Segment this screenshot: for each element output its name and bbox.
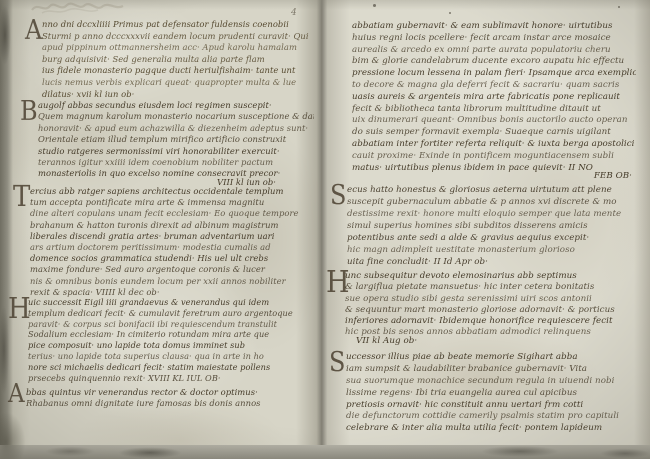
text-line: liberales discendi gratia artes· bruman … bbox=[30, 231, 314, 242]
text-line: uccessor illius piae ab beate memorie Si… bbox=[346, 352, 638, 364]
obit-dateline: FEB OB· bbox=[352, 171, 632, 182]
text-line: Orientale etiam illud templum mirifico a… bbox=[38, 134, 314, 145]
paragraph-lines: ercius abb ratger sapiens architectus oc… bbox=[30, 186, 314, 298]
text-line: unc subsequitur devoto elemosinarius abb… bbox=[345, 271, 637, 282]
text-line: suscepit gubernaculum abbatie & p annos … bbox=[347, 196, 637, 208]
text-line: aurealis & arcedo ex omni parte aurata p… bbox=[352, 45, 636, 57]
text-line: ius fidele monasterio pagque ducti heriu… bbox=[42, 65, 314, 77]
text-line: dine alteri copulans unam fecit ecclesia… bbox=[30, 208, 314, 219]
text-line: sua suorumque monachice secundum regula … bbox=[346, 376, 638, 388]
text-line: Quem magnum karolum monasterio nocarium … bbox=[38, 111, 314, 122]
text-line: pice composuit· uno lapide tota domus im… bbox=[28, 340, 314, 351]
text-line: nore sci michaelis dedicari fecit· stati… bbox=[28, 362, 314, 373]
text-line: iam sumpsit & laudabiliter brabanice gub… bbox=[346, 364, 638, 376]
paragraph-abbot-4: uic successit Eigil iiii grandaevus & ve… bbox=[28, 297, 314, 383]
paragraph-abbot-7: unc subsequitur devoto elemosinarius abb… bbox=[345, 271, 637, 339]
paragraph-lines: uic successit Eigil iiii grandaevus & ve… bbox=[28, 297, 314, 383]
text-line: uix dinumerari queant· Omnibus bonis auc… bbox=[352, 115, 636, 127]
text-line: lucis nemus verbis explicari queat· quap… bbox=[42, 77, 314, 89]
text-line: ercius abb ratger sapiens architectus oc… bbox=[30, 186, 314, 197]
text-line: prsecebs quinquennio rexit· XVIII KL IUL… bbox=[28, 373, 314, 384]
text-line: & sequuntur mart monasterio gloriose ado… bbox=[345, 305, 637, 316]
paragraph-abbot-3: ercius abb ratger sapiens architectus oc… bbox=[30, 186, 314, 298]
faded-inscription bbox=[28, 0, 128, 16]
text-line: Rhabanus omni dignitate iure famosas bis… bbox=[26, 398, 314, 409]
text-line: templum dedicari fecit· & cumulavit fere… bbox=[28, 308, 314, 319]
text-line: hic magn adimpleit uestitate monasterium… bbox=[347, 244, 637, 256]
initial-capital-S: S bbox=[330, 182, 346, 209]
initial-capital-T: T bbox=[13, 182, 30, 211]
initial-capital-S2: S bbox=[329, 349, 345, 376]
obit-dateline: VII kl Aug ob· bbox=[356, 336, 417, 347]
text-line: pretiosis ornavit· hic constituit annu u… bbox=[346, 400, 638, 412]
paragraph-lines: augolf abbas secundus eiusdem loci regim… bbox=[38, 100, 314, 180]
bottom-page-edge bbox=[0, 445, 650, 459]
text-line: ars artium doctorem peritissimum· modest… bbox=[30, 242, 314, 253]
ink-speck bbox=[618, 6, 620, 8]
text-line: do suis semper formavit exempla· Suaeque… bbox=[352, 127, 636, 139]
text-line: tum accepta pontificate mira arte & imme… bbox=[30, 197, 314, 208]
paragraph-lines: uccessor illius piae ab beate memorie Si… bbox=[346, 352, 638, 435]
text-line: lissime regens· Ibi tria euangelia aurea… bbox=[346, 388, 638, 400]
paragraph-abbot-5: bbas quintus vir venerandus rector & doc… bbox=[26, 387, 314, 409]
ink-speck bbox=[449, 12, 451, 14]
paragraph-lines: abbatiam gubernavit· & eam sublimavit ho… bbox=[352, 21, 636, 174]
text-line: burg adquisivit· Sed generalia multa ali… bbox=[42, 54, 314, 66]
text-line: bim & glorie candelabrum ducente excoro … bbox=[352, 56, 636, 68]
manuscript-photo: 4 A nno dni dccxliiii Primus pat defensa… bbox=[0, 0, 650, 459]
text-line: studio ratgeres sermonissimi viri honora… bbox=[38, 146, 314, 157]
text-line: paravit· & corpus sci bonifacii ibi requ… bbox=[28, 319, 314, 330]
text-line: fecit & bibliotheca tanta librorum multi… bbox=[352, 104, 636, 116]
paragraph-abbot-5-continued: abbatiam gubernavit· & eam sublimavit ho… bbox=[352, 21, 636, 174]
text-line: uic successit Eigil iiii grandaevus & ve… bbox=[28, 297, 314, 308]
text-line: terius· uno lapide tota superius clausa·… bbox=[28, 351, 314, 362]
text-line: cauit proxime· Exinde in pontificem mogu… bbox=[352, 151, 636, 163]
text-line: bbas quintus vir venerandus rector & doc… bbox=[26, 387, 314, 398]
text-line: terannos igitur xxiiii idem coenobium no… bbox=[38, 157, 314, 168]
initial-capital-B: B bbox=[20, 98, 38, 125]
paragraph-abbot-2: augolf abbas secundus eiusdem loci regim… bbox=[38, 100, 314, 180]
text-line: nno dni dccxliiii Primus pat defensator … bbox=[42, 19, 314, 31]
initial-capital-A2: A bbox=[8, 382, 25, 408]
text-line: uasis aureis & argenteis mira arte fabri… bbox=[352, 92, 636, 104]
text-line: domence socios grammatica studendi· His … bbox=[30, 253, 314, 264]
initial-capital-A: A bbox=[25, 17, 42, 44]
text-line: abbatiam inter fortiter referta reliquit… bbox=[352, 139, 636, 151]
marginal-mark: 4 bbox=[291, 8, 297, 18]
text-line: augolf abbas secundus eiusdem loci regim… bbox=[38, 100, 314, 111]
text-line: uita fine concludit· II Id Apr ob· bbox=[347, 256, 637, 268]
text-line: Sodalium ecclesiam· In cimiterio rotunda… bbox=[28, 329, 314, 340]
bottom-left-shadow bbox=[0, 412, 30, 459]
paragraph-lines: nno dni dccxliiii Primus pat defensator … bbox=[42, 19, 314, 100]
ink-speck bbox=[373, 4, 376, 7]
text-line: Sturmi p anno dcccxxxvii eandem locum pr… bbox=[42, 31, 314, 43]
text-line: honoravit· & apud eum achazwilla & dieze… bbox=[38, 123, 314, 134]
text-line: sue opera studio sibi gesta serenissimi … bbox=[345, 294, 637, 305]
paragraph-lines: bbas quintus vir venerandus rector & doc… bbox=[26, 387, 314, 409]
text-line: die defunctorum cottidie camerily psalmi… bbox=[346, 411, 638, 423]
text-line: nis & omnibus bonis eundem locum per xxi… bbox=[30, 276, 314, 287]
text-line: inferiores adornavit· Ibidemque honorifi… bbox=[345, 316, 637, 327]
text-line: pressione locum lessena in palam fieri· … bbox=[352, 68, 636, 80]
paragraph-abbot-6: ecus hatto honestus & gloriosus aeterna … bbox=[347, 184, 637, 268]
paragraph-abbot-1: nno dni dccxliiii Primus pat defensator … bbox=[42, 19, 314, 100]
text-line: abbatiam gubernavit· & eam sublimavit ho… bbox=[352, 21, 636, 33]
text-line: huius regni locis pcellere· fecit arcam … bbox=[352, 33, 636, 45]
paragraph-lines: ecus hatto honestus & gloriosus aeterna … bbox=[347, 184, 637, 268]
text-line: dilatus· xvii kl iun ob· bbox=[42, 89, 314, 101]
text-line: brahanum & hatton turonis direxit ad alb… bbox=[30, 220, 314, 231]
text-line: destissime rexit· honore multi eloquio s… bbox=[347, 208, 637, 220]
text-line: simul superius homines sibi subditos dis… bbox=[347, 220, 637, 232]
text-line: potentibus ante sedi a alde & gravius ae… bbox=[347, 232, 637, 244]
text-line: ecus hatto honestus & gloriosus aeterna … bbox=[347, 184, 637, 196]
text-line: & largiflua pietate mansuetus· hic inter… bbox=[345, 282, 637, 293]
text-line: maxime fondure· Sed auro argentoque coro… bbox=[30, 264, 314, 275]
paragraph-abbot-8: uccessor illius piae ab beate memorie Si… bbox=[346, 352, 638, 435]
text-line: apud pippinum ottmannersheim acc· Apud k… bbox=[42, 42, 314, 54]
text-line: celebrare & inter alia multa utilia feci… bbox=[346, 423, 638, 435]
text-line: to decore & magna gla deferri fecit & sa… bbox=[352, 80, 636, 92]
paragraph-lines: unc subsequitur devoto elemosinarius abb… bbox=[345, 271, 637, 339]
